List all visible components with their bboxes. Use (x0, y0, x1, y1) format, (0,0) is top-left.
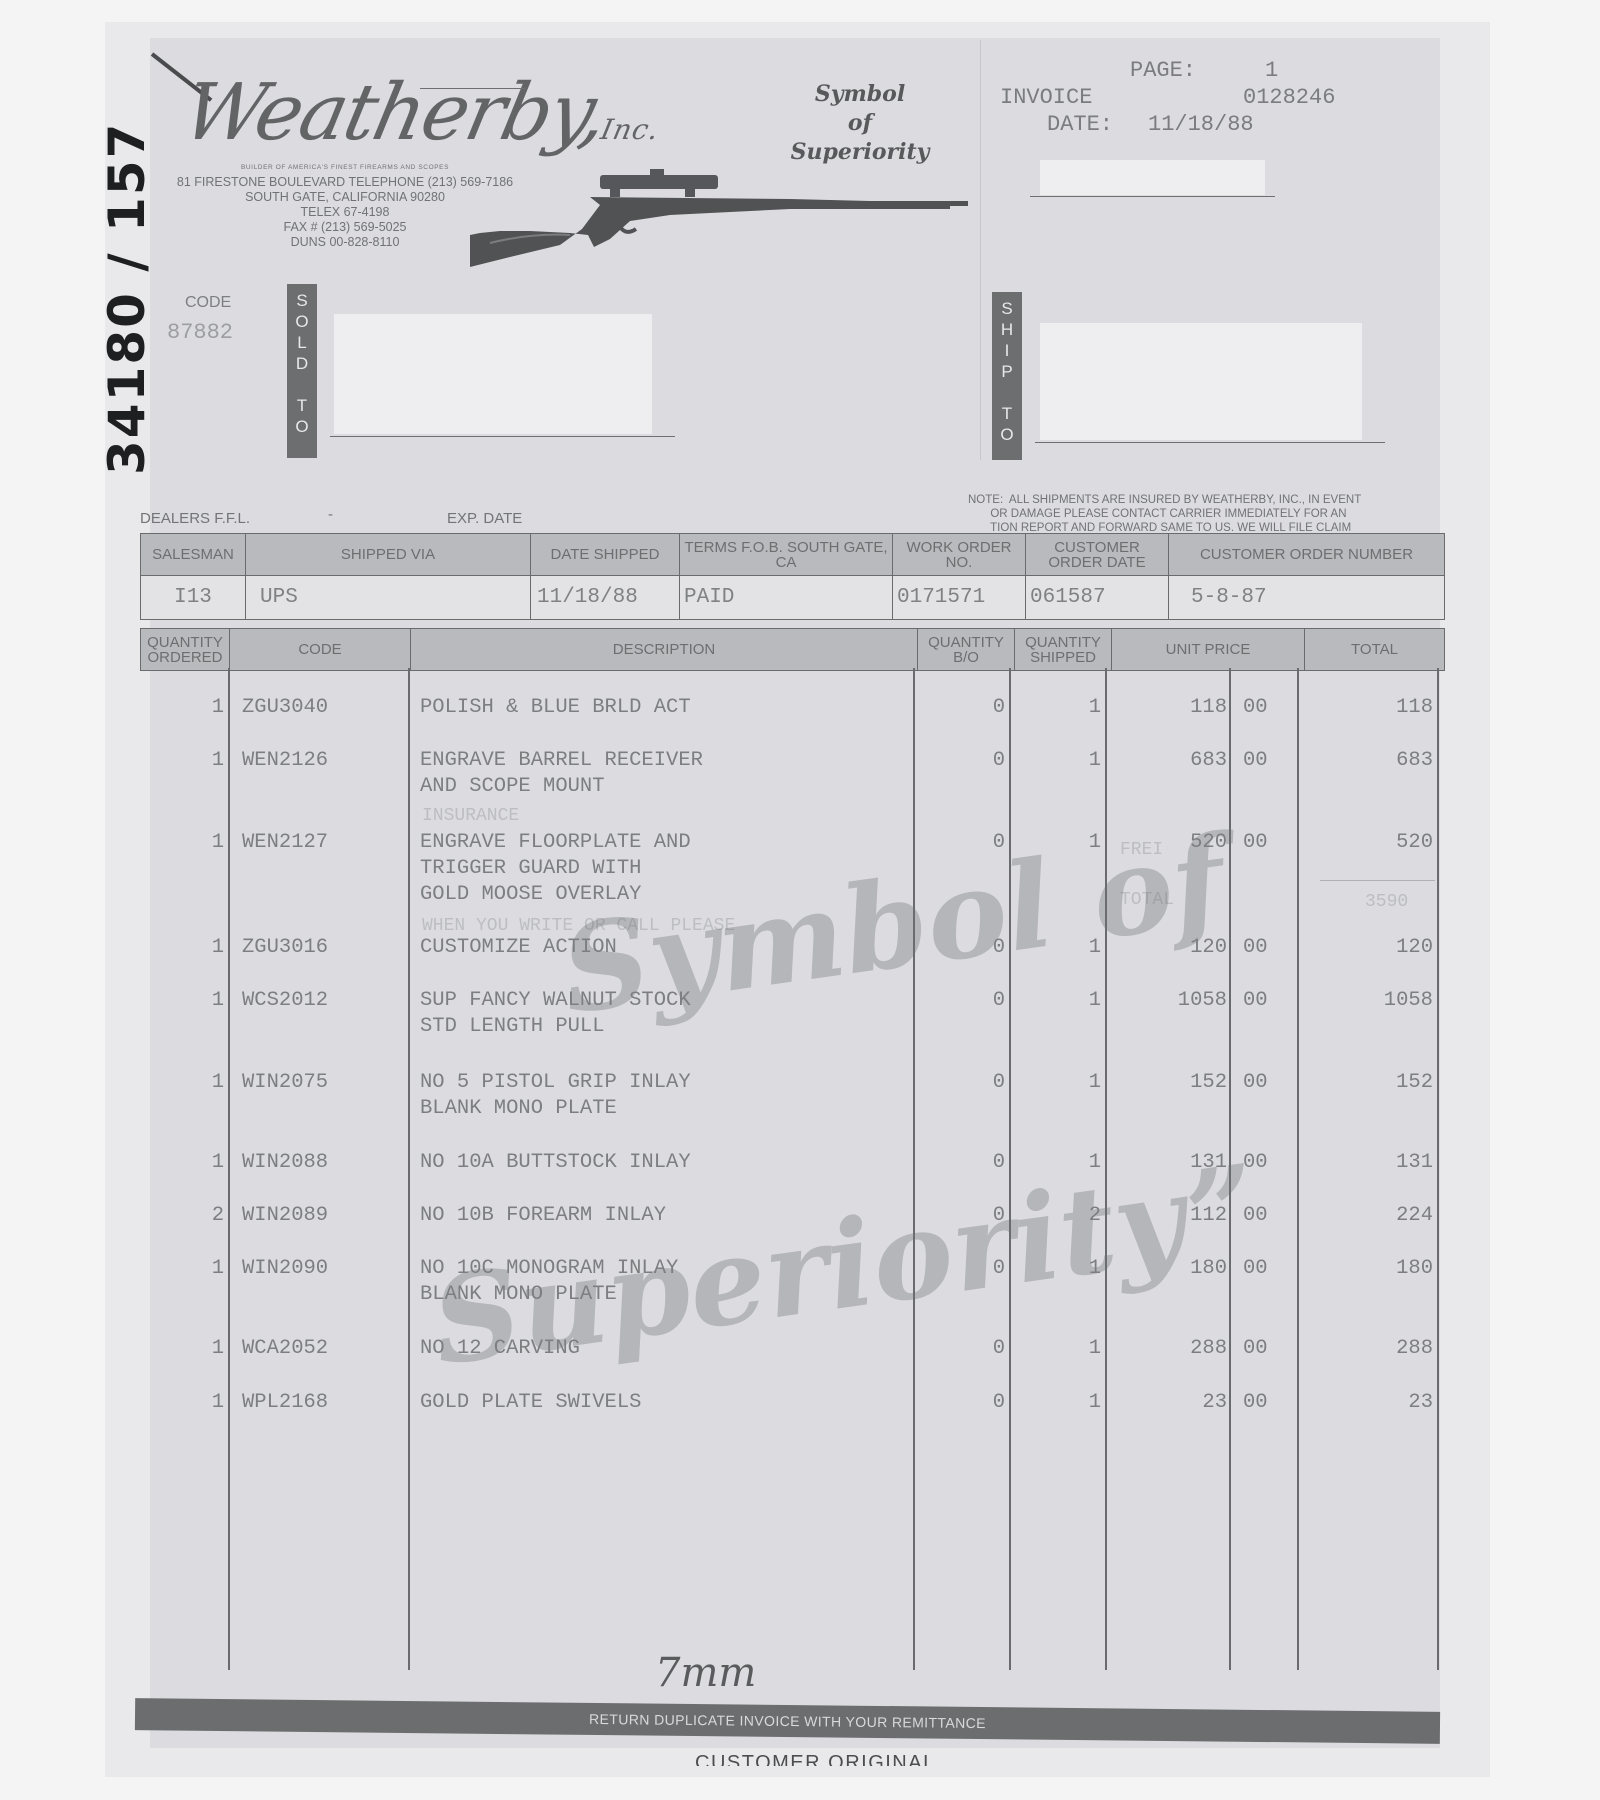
item-description: SUP FANCY WALNUT STOCK STD LENGTH PULL (420, 988, 691, 1040)
line-total: 118 (1297, 695, 1433, 721)
item-code: WIN2089 (242, 1203, 328, 1229)
item-code: WIN2090 (242, 1256, 328, 1282)
work-order-header: WORK ORDER NO. (893, 534, 1026, 576)
qty-shipped: 1 (1009, 935, 1101, 961)
unit-price-cents: 00 (1243, 1256, 1268, 1282)
qty-ordered: 2 (140, 1203, 224, 1229)
ghost-insurance: INSURANCE (422, 806, 519, 826)
shipment-note: NOTE: ALL SHIPMENTS ARE INSURED BY WEATH… (968, 493, 1361, 535)
invoice-page (150, 38, 1440, 1748)
terms-value: PAID (680, 576, 893, 620)
item-description: NO 10C MONOGRAM INLAY BLANK MONO PLATE (420, 1256, 678, 1308)
line-total: 520 (1297, 830, 1433, 856)
line-total: 288 (1297, 1336, 1433, 1362)
qty-ordered: 1 (140, 748, 224, 774)
unit-price: 120 (1105, 935, 1227, 961)
unit-price-cents: 00 (1243, 1070, 1268, 1096)
unit-price-cents: 00 (1243, 830, 1268, 856)
qty-shipped: 1 (1009, 988, 1101, 1014)
sold-to-label: SOLDTO (287, 284, 317, 458)
ghost-total-value: 3590 (1365, 892, 1408, 912)
qty-backordered: 0 (913, 1256, 1005, 1282)
qty-ordered: 1 (140, 1390, 224, 1416)
item-description: ENGRAVE FLOORPLATE AND TRIGGER GUARD WIT… (420, 830, 691, 908)
ghost-total-rule (1320, 880, 1435, 881)
unit-price-cents: 00 (1243, 695, 1268, 721)
unit-price: 112 (1105, 1203, 1227, 1229)
customer-order-date-value: 061587 (1026, 576, 1169, 620)
exp-date-label: EXP. DATE (447, 510, 522, 527)
order-info-table: SALESMAN SHIPPED VIA DATE SHIPPED TERMS … (140, 533, 1445, 620)
item-code: WPL2168 (242, 1390, 328, 1416)
qty-shipped-header: QUANTITY SHIPPED (1015, 629, 1112, 671)
item-code: WIN2088 (242, 1150, 328, 1176)
qty-ordered: 1 (140, 1150, 224, 1176)
unit-price-cents: 00 (1243, 1150, 1268, 1176)
shipped-via-header: SHIPPED VIA (246, 534, 531, 576)
code-header: CODE (230, 629, 411, 671)
qty-shipped: 1 (1009, 1390, 1101, 1416)
logo-rule (420, 88, 525, 89)
line-total: 224 (1297, 1203, 1433, 1229)
rifle-image (470, 165, 970, 270)
line-total: 152 (1297, 1070, 1433, 1096)
qty-ordered: 1 (140, 935, 224, 961)
terms-header: TERMS F.O.B. SOUTH GATE, CA (680, 534, 893, 576)
dealers-ffl-value: - (328, 506, 333, 523)
qty-shipped: 1 (1009, 1256, 1101, 1282)
item-code: WCS2012 (242, 988, 328, 1014)
item-description: NO 5 PISTOL GRIP INLAY BLANK MONO PLATE (420, 1070, 691, 1122)
fold-line (980, 40, 981, 460)
salesman-value: I13 (141, 576, 246, 620)
item-description: NO 10A BUTTSTOCK INLAY (420, 1150, 691, 1176)
invoice-number: 0128246 (1243, 85, 1335, 110)
invoice-blank-rule (1030, 196, 1275, 197)
qty-ordered: 1 (140, 988, 224, 1014)
dealers-ffl-label: DEALERS F.F.L. (140, 510, 250, 527)
item-code: WCA2052 (242, 1336, 328, 1362)
ship-to-rule (1035, 442, 1385, 443)
customer-code-label: CODE (185, 294, 231, 312)
qty-shipped: 1 (1009, 1336, 1101, 1362)
unit-price: 118 (1105, 695, 1227, 721)
date-shipped-value: 11/18/88 (531, 576, 680, 620)
unit-price-cents: 00 (1243, 1203, 1268, 1229)
invoice-label: INVOICE (1000, 85, 1092, 110)
col-divider (1437, 668, 1439, 1670)
qty-shipped: 1 (1009, 1150, 1101, 1176)
line-total: 683 (1297, 748, 1433, 774)
unit-price-cents: 00 (1243, 1390, 1268, 1416)
unit-price: 131 (1105, 1150, 1227, 1176)
qty-backordered: 0 (913, 695, 1005, 721)
work-order-value: 0171571 (893, 576, 1026, 620)
ship-to-label: SHIPTO (992, 292, 1022, 460)
unit-price-header: UNIT PRICE (1112, 629, 1305, 671)
qty-backordered: 0 (913, 830, 1005, 856)
item-code: WIN2075 (242, 1070, 328, 1096)
item-description: ENGRAVE BARREL RECEIVER AND SCOPE MOUNT (420, 748, 703, 800)
line-total: 131 (1297, 1150, 1433, 1176)
col-divider (1229, 668, 1231, 1670)
date-shipped-header: DATE SHIPPED (531, 534, 680, 576)
unit-price-cents: 00 (1243, 1336, 1268, 1362)
qty-ordered: 1 (140, 1070, 224, 1096)
item-code: ZGU3040 (242, 695, 328, 721)
qty-backordered: 0 (913, 1070, 1005, 1096)
item-code: WEN2127 (242, 830, 328, 856)
items-header: QUANTITY ORDERED CODE DESCRIPTION QUANTI… (140, 628, 1445, 671)
qty-ordered-header: QUANTITY ORDERED (141, 629, 230, 671)
handwritten-caliber-note: 7mm (655, 1650, 756, 1696)
qty-backordered: 0 (913, 1336, 1005, 1362)
qty-shipped: 1 (1009, 1070, 1101, 1096)
motto-line-1: Symbol (790, 80, 930, 109)
copy-label: CUSTOMER ORIGINAL (695, 1752, 936, 1766)
line-total: 23 (1297, 1390, 1433, 1416)
unit-price-cents: 00 (1243, 748, 1268, 774)
qty-backordered: 0 (913, 1150, 1005, 1176)
item-code: WEN2126 (242, 748, 328, 774)
ghost-notice: WHEN YOU WRITE OR CALL PLEASE (422, 916, 735, 936)
unit-price: 683 (1105, 748, 1227, 774)
qty-bo-header: QUANTITY B/O (918, 629, 1015, 671)
qty-ordered: 1 (140, 830, 224, 856)
sold-to-address-box (334, 314, 652, 434)
page-number: 1 (1265, 58, 1278, 83)
unit-price: 152 (1105, 1070, 1227, 1096)
unit-price: 288 (1105, 1336, 1227, 1362)
sold-to-rule (330, 436, 675, 437)
salesman-header: SALESMAN (141, 534, 246, 576)
item-description: GOLD PLATE SWIVELS (420, 1390, 641, 1416)
motto-line-2: of (790, 109, 930, 138)
item-code: ZGU3016 (242, 935, 328, 961)
qty-ordered: 1 (140, 1256, 224, 1282)
qty-ordered: 1 (140, 1336, 224, 1362)
motto: Symbol of Superiority (790, 80, 930, 167)
col-divider (228, 668, 230, 1670)
unit-price: 180 (1105, 1256, 1227, 1282)
unit-price: 23 (1105, 1390, 1227, 1416)
customer-code-value: 87882 (167, 320, 233, 345)
company-suffix: Inc. (598, 113, 663, 146)
company-name: Weatherby, (175, 68, 614, 158)
unit-price-cents: 00 (1243, 935, 1268, 961)
qty-backordered: 0 (913, 748, 1005, 774)
item-description: CUSTOMIZE ACTION (420, 935, 617, 961)
qty-shipped: 2 (1009, 1203, 1101, 1229)
unit-price: 1058 (1105, 988, 1227, 1014)
qty-backordered: 0 (913, 935, 1005, 961)
invoice-date: 11/18/88 (1148, 112, 1254, 137)
description-header: DESCRIPTION (411, 629, 918, 671)
qty-shipped: 1 (1009, 830, 1101, 856)
customer-order-number-value: 5-8-87 (1169, 576, 1445, 620)
total-header: TOTAL (1305, 629, 1445, 671)
item-description: POLISH & BLUE BRLD ACT (420, 695, 691, 721)
line-total: 1058 (1297, 988, 1433, 1014)
page-label: PAGE: (1130, 58, 1196, 83)
line-total: 180 (1297, 1256, 1433, 1282)
company-logo: Weatherby,Inc. (175, 68, 672, 158)
item-description: NO 12 CARVING (420, 1336, 580, 1362)
qty-shipped: 1 (1009, 695, 1101, 721)
line-total: 120 (1297, 935, 1433, 961)
qty-backordered: 0 (913, 988, 1005, 1014)
unit-price-cents: 00 (1243, 988, 1268, 1014)
shipped-via-value: UPS (246, 576, 531, 620)
date-label: DATE: (1047, 112, 1113, 137)
customer-order-number-header: CUSTOMER ORDER NUMBER (1169, 534, 1445, 576)
motto-line-3: Superiority (790, 138, 930, 167)
qty-backordered: 0 (913, 1203, 1005, 1229)
qty-shipped: 1 (1009, 748, 1101, 774)
qty-backordered: 0 (913, 1390, 1005, 1416)
col-divider (408, 668, 410, 1670)
invoice-blank-field (1040, 160, 1265, 195)
qty-ordered: 1 (140, 695, 224, 721)
ship-to-address-box (1040, 323, 1362, 440)
customer-order-date-header: CUSTOMER ORDER DATE (1026, 534, 1169, 576)
ghost-total-label: TOTAL (1120, 890, 1174, 910)
unit-price: 520 (1105, 830, 1227, 856)
item-description: NO 10B FOREARM INLAY (420, 1203, 666, 1229)
